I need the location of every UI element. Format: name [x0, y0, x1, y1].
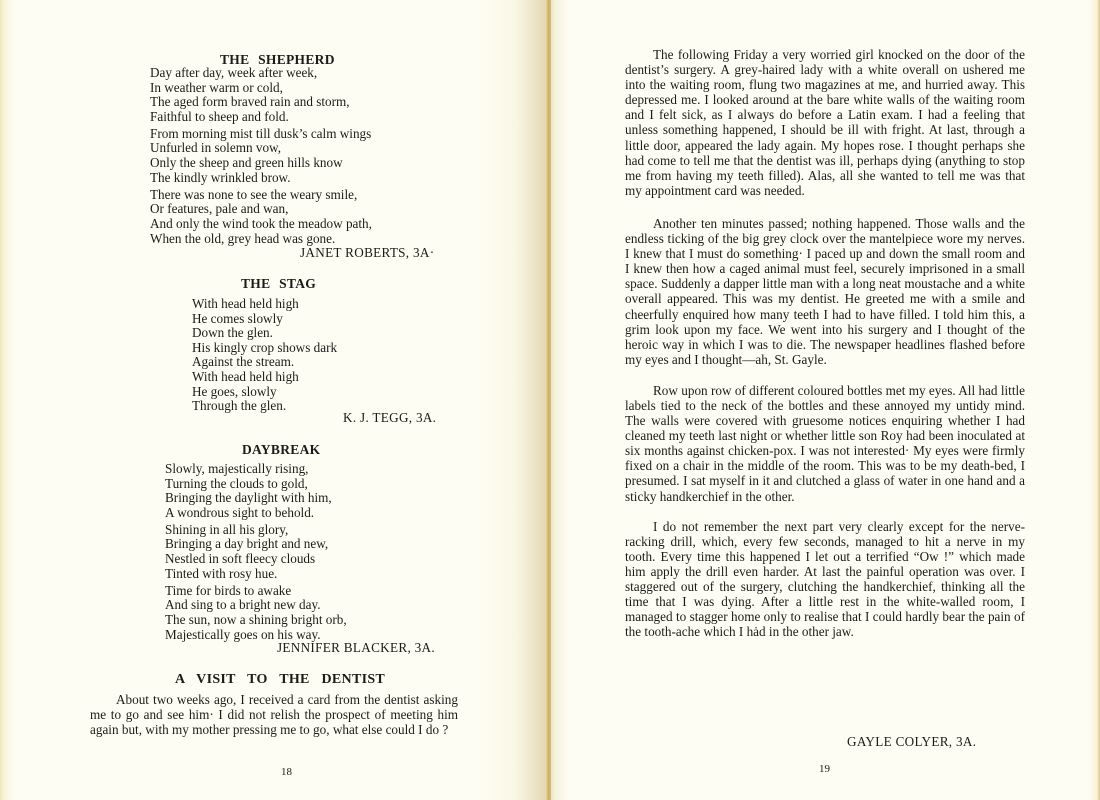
poem-line: Bringing a day bright and new, [165, 537, 347, 552]
poem-line: Day after day, week after week, [150, 66, 372, 81]
poem-line: He comes slowly [192, 312, 337, 327]
poem-line: Only the sheep and green hills know [150, 156, 372, 171]
stanza: Slowly, majestically rising, Turning the… [165, 462, 347, 520]
left-page: THE SHEPHERD Day after day, week after w… [0, 0, 549, 800]
paragraph: I do not remember the next part very cle… [625, 519, 1025, 640]
poem-line: Or features, pale and wan, [150, 202, 372, 217]
poem-shepherd: Day after day, week after week, In weath… [150, 66, 372, 249]
poem-line: With head held high [192, 297, 337, 312]
right-page: The following Friday a very worried girl… [549, 0, 1100, 800]
poem-title-daybreak: DAYBREAK [242, 442, 320, 458]
poem-line: He goes, slowly [192, 385, 337, 400]
page-number: 18 [281, 766, 292, 778]
stanza: Time for birds to awake And sing to a br… [165, 584, 347, 642]
poem-daybreak: Slowly, majestically rising, Turning the… [165, 462, 347, 645]
poem-line: Faithful to sheep and fold. [150, 110, 372, 125]
article-paragraph: About two weeks ago, I received a card f… [90, 692, 458, 752]
stanza: Day after day, week after week, In weath… [150, 66, 372, 124]
poem-line: And sing to a bright new day. [165, 598, 347, 613]
poem-line: Bringing the daylight with him, [165, 491, 347, 506]
poem-line: Against the stream. [192, 355, 337, 370]
stanza: Shining in all his glory, Bringing a day… [165, 523, 347, 581]
poem-line: Unfurled in solemn vow, [150, 141, 372, 156]
poem-line: The kindly wrinkled brow. [150, 171, 372, 186]
poem-line: Slowly, majestically rising, [165, 462, 347, 477]
poem-line: Tinted with rosy hue. [165, 567, 347, 582]
poem-line: With head held high [192, 370, 337, 385]
poem-line: A wondrous sight to behold. [165, 506, 347, 521]
poem-line: The sun, now a shining bright orb, [165, 613, 347, 628]
stanza: There was none to see the weary smile, O… [150, 188, 372, 246]
paragraph: Row upon row of different coloured bottl… [625, 383, 1025, 504]
poem-line: Through the glen. [192, 399, 337, 414]
author-byline: JENNIFER BLACKER, 3A. [277, 640, 435, 656]
author-byline: GAYLE COLYER, 3A. [847, 734, 976, 750]
paragraph: About two weeks ago, I received a card f… [90, 692, 458, 737]
poem-line: Down the glen. [192, 326, 337, 341]
poem-line: The aged form braved rain and storm, [150, 95, 372, 110]
article-title-dentist: A VISIT TO THE DENTIST [175, 672, 385, 688]
poem-line: His kingly crop shows dark [192, 341, 337, 356]
poem-line: Nestled in soft fleecy clouds [165, 552, 347, 567]
poem-title-stag: THE STAG [241, 276, 316, 292]
author-byline: JANET ROBERTS, 3A· [300, 245, 434, 261]
poem-line: In weather warm or cold, [150, 81, 372, 96]
paragraph: The following Friday a very worried girl… [625, 47, 1025, 198]
poem-line: When the old, grey head was gone. [150, 232, 372, 247]
author-byline: K. J. TEGG, 3A. [343, 410, 436, 426]
paragraph: Another ten minutes passed; nothing happ… [625, 216, 1025, 367]
poem-line: From morning mist till dusk’s calm wings [150, 127, 372, 142]
page-number: 19 [819, 763, 830, 775]
poem-stag: With head held high He comes slowly Down… [192, 297, 337, 414]
book-spine [549, 0, 551, 800]
poem-line: Shining in all his glory, [165, 523, 347, 538]
book-spread: THE SHEPHERD Day after day, week after w… [0, 0, 1100, 800]
stanza: From morning mist till dusk’s calm wings… [150, 127, 372, 185]
poem-line: Turning the clouds to gold, [165, 477, 347, 492]
article-body: The following Friday a very worried girl… [625, 47, 1025, 654]
poem-line: There was none to see the weary smile, [150, 188, 372, 203]
poem-line: And only the wind took the meadow path, [150, 217, 372, 232]
poem-line: Time for birds to awake [165, 584, 347, 599]
